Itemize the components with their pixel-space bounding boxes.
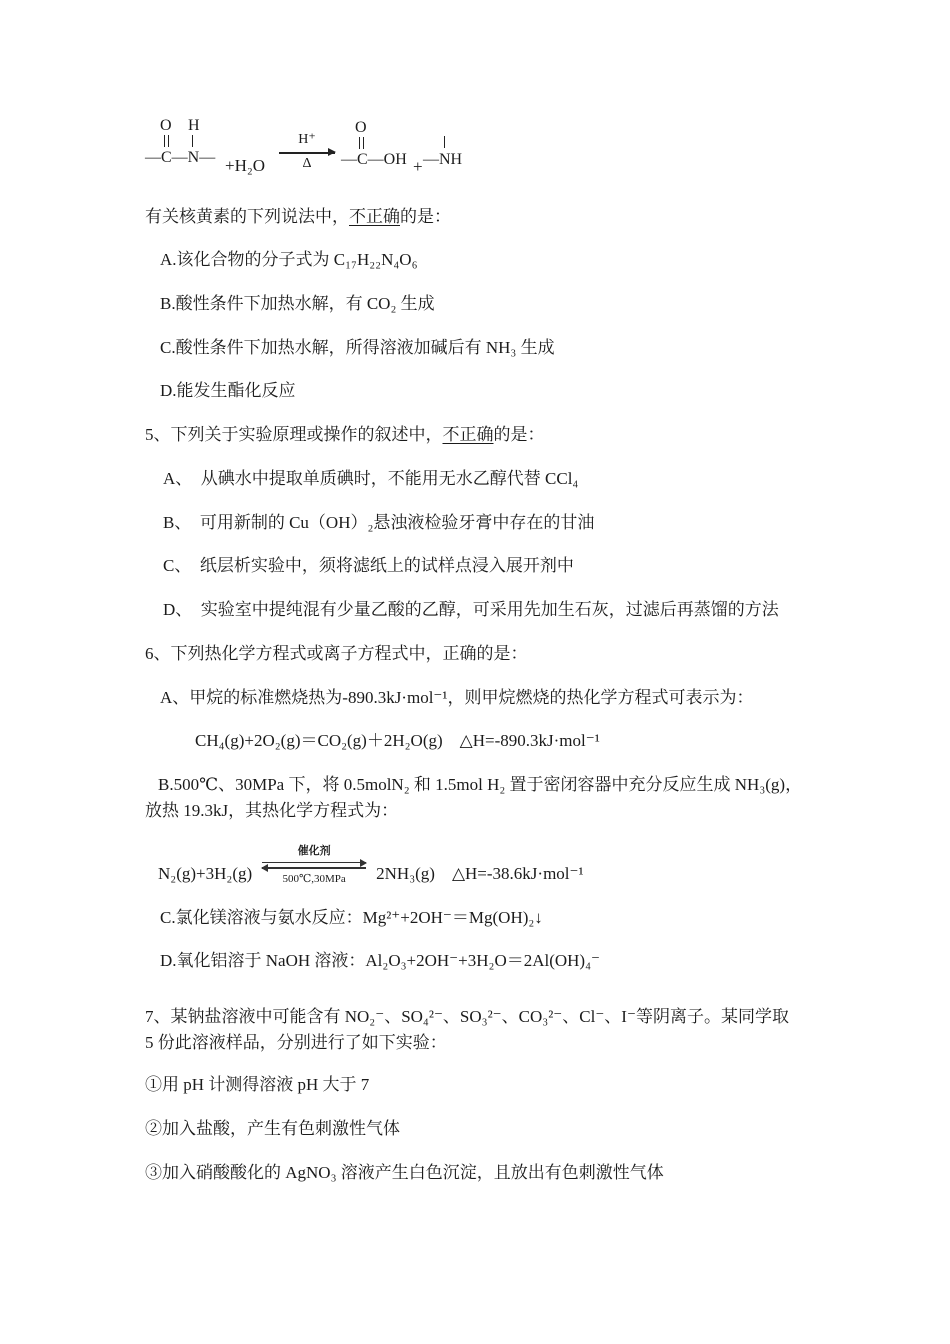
equilibrium-reverse-arrow-icon: [262, 867, 366, 868]
double-bond-icon: [359, 137, 364, 149]
q5-option-c: C、 纸层析实验中，须将滤纸上的试样点浸入展开剂中: [163, 553, 574, 579]
q4-stem-underlined: 不正确: [349, 207, 400, 226]
reaction-arrow-block: H⁺ Δ: [278, 132, 336, 172]
q5-stem-prefix: 5、下列关于实验原理或操作的叙述中，: [145, 425, 443, 444]
reaction-conditions-label: 500℃,30MPa: [282, 872, 345, 886]
acid-backbone: —C—OH: [341, 150, 407, 170]
q7-stem-line1: 7、某钠盐溶液中可能含有 NO₂⁻、SO₄²⁻、SO₃²⁻、CO₃²⁻、Cl⁻、…: [145, 1004, 789, 1030]
q5-option-d: D、 实验室中提纯混有少量乙酸的乙醇，可采用先加生石灰，过滤后再蒸馏的方法: [163, 597, 779, 623]
heat-symbol: Δ: [302, 155, 311, 172]
catalyst-label: 催化剂: [298, 845, 331, 858]
q5-stem-underlined: 不正确: [443, 425, 494, 444]
q6-equation-b: N₂(g)+3H₂(g) 催化剂 500℃,30MPa 2NH₃(g) △H=-…: [158, 845, 584, 887]
q4-stem-prefix: 有关核黄素的下列说法中，: [145, 207, 349, 226]
q6-equation-a: CH₄(g)+2O₂(g)＝CO₂(g)＋2H₂O(g) △H=-890.3kJ…: [195, 728, 600, 754]
q7-experiment-3: ③加入硝酸酸化的 AgNO₃ 溶液产生白色沉淀，且放出有色刺激性气体: [145, 1160, 664, 1186]
q4-option-c: C.酸性条件下加热水解，所得溶液加碱后有 NH₃ 生成: [160, 335, 555, 361]
q6-option-a: A、甲烷的标准燃烧热为-890.3kJ·mol⁻¹，则甲烷燃烧的热化学方程式可表…: [160, 685, 753, 711]
q5-option-b: B、 可用新制的 Cu（OH）₂悬浊液检验牙膏中存在的甘油: [163, 510, 594, 536]
q5-option-a: A、 从碘水中提取单质碘时，不能用无水乙醇代替 CCl₄: [163, 466, 578, 492]
equilibrium-forward-arrow-icon: [262, 862, 366, 863]
q4-option-b: B.酸性条件下加热水解，有 CO₂ 生成: [160, 291, 435, 317]
amide-hydrogen-atom: H: [188, 118, 200, 134]
exam-content: O H —C—N— +H₂O H⁺ Δ O —C—OH + —NH 有关核黄素的…: [145, 0, 935, 1344]
double-bond-icon: [164, 135, 169, 147]
q6-option-b-line2: 放热 19.3kJ，其热化学方程式为：: [145, 798, 398, 824]
single-bond-icon: [192, 135, 193, 147]
q6-equation-b-products: 2NH₃(g) △H=-38.6kJ·mol⁻¹: [376, 861, 583, 887]
q7-experiment-2: ②加入盐酸，产生有色刺激性气体: [145, 1116, 400, 1142]
q5-stem-suffix: 的是：: [494, 425, 545, 444]
q4-option-d: D.能发生酯化反应: [160, 378, 296, 404]
amine-fragment: —NH: [423, 150, 462, 170]
q6-stem: 6、下列热化学方程式或离子方程式中，正确的是：: [145, 641, 528, 667]
amide-hydrolysis-diagram: O H —C—N— +H₂O H⁺ Δ O —C—OH + —NH: [145, 118, 645, 184]
equilibrium-arrow-block: 催化剂 500℃,30MPa: [262, 845, 366, 886]
q4-option-a: A.该化合物的分子式为 C₁₇H₂₂N₄O₆: [160, 247, 418, 273]
carbonyl-oxygen-atom: O: [160, 118, 172, 134]
q5-stem: 5、下列关于实验原理或操作的叙述中，不正确的是：: [145, 422, 545, 448]
acid-oxygen-atom: O: [355, 120, 367, 136]
q4-stem: 有关核黄素的下列说法中，不正确的是：: [145, 204, 451, 230]
q4-stem-suffix: 的是：: [400, 207, 451, 226]
q7-stem-line2: 5 份此溶液样品，分别进行了如下实验：: [145, 1030, 447, 1056]
q6-option-b-line1: B.500℃、30MPa 下，将 0.5molN₂ 和 1.5mol H₂ 置于…: [158, 772, 802, 798]
document-page: { "page": { "background": "#ffffff", "in…: [0, 0, 950, 1344]
reaction-arrow-icon: [279, 152, 335, 154]
q6-option-c: C.氯化镁溶液与氨水反应：Mg²⁺+2OH⁻＝Mg(OH)₂↓: [160, 905, 543, 931]
q7-experiment-1: ①用 pH 计测得溶液 pH 大于 7: [145, 1072, 369, 1098]
plus-water-term: +H₂O: [225, 155, 265, 177]
amide-backbone: —C—N—: [145, 148, 215, 168]
plus-sign: +: [413, 156, 423, 178]
q6-option-d: D.氧化铝溶于 NaOH 溶液：Al₂O₃+2OH⁻+3H₂O＝2Al(OH)₄…: [160, 948, 600, 974]
acid-catalyst-label: H⁺: [298, 132, 316, 148]
q6-equation-b-reactants: N₂(g)+3H₂(g): [158, 861, 252, 887]
single-bond-icon: [444, 136, 445, 148]
